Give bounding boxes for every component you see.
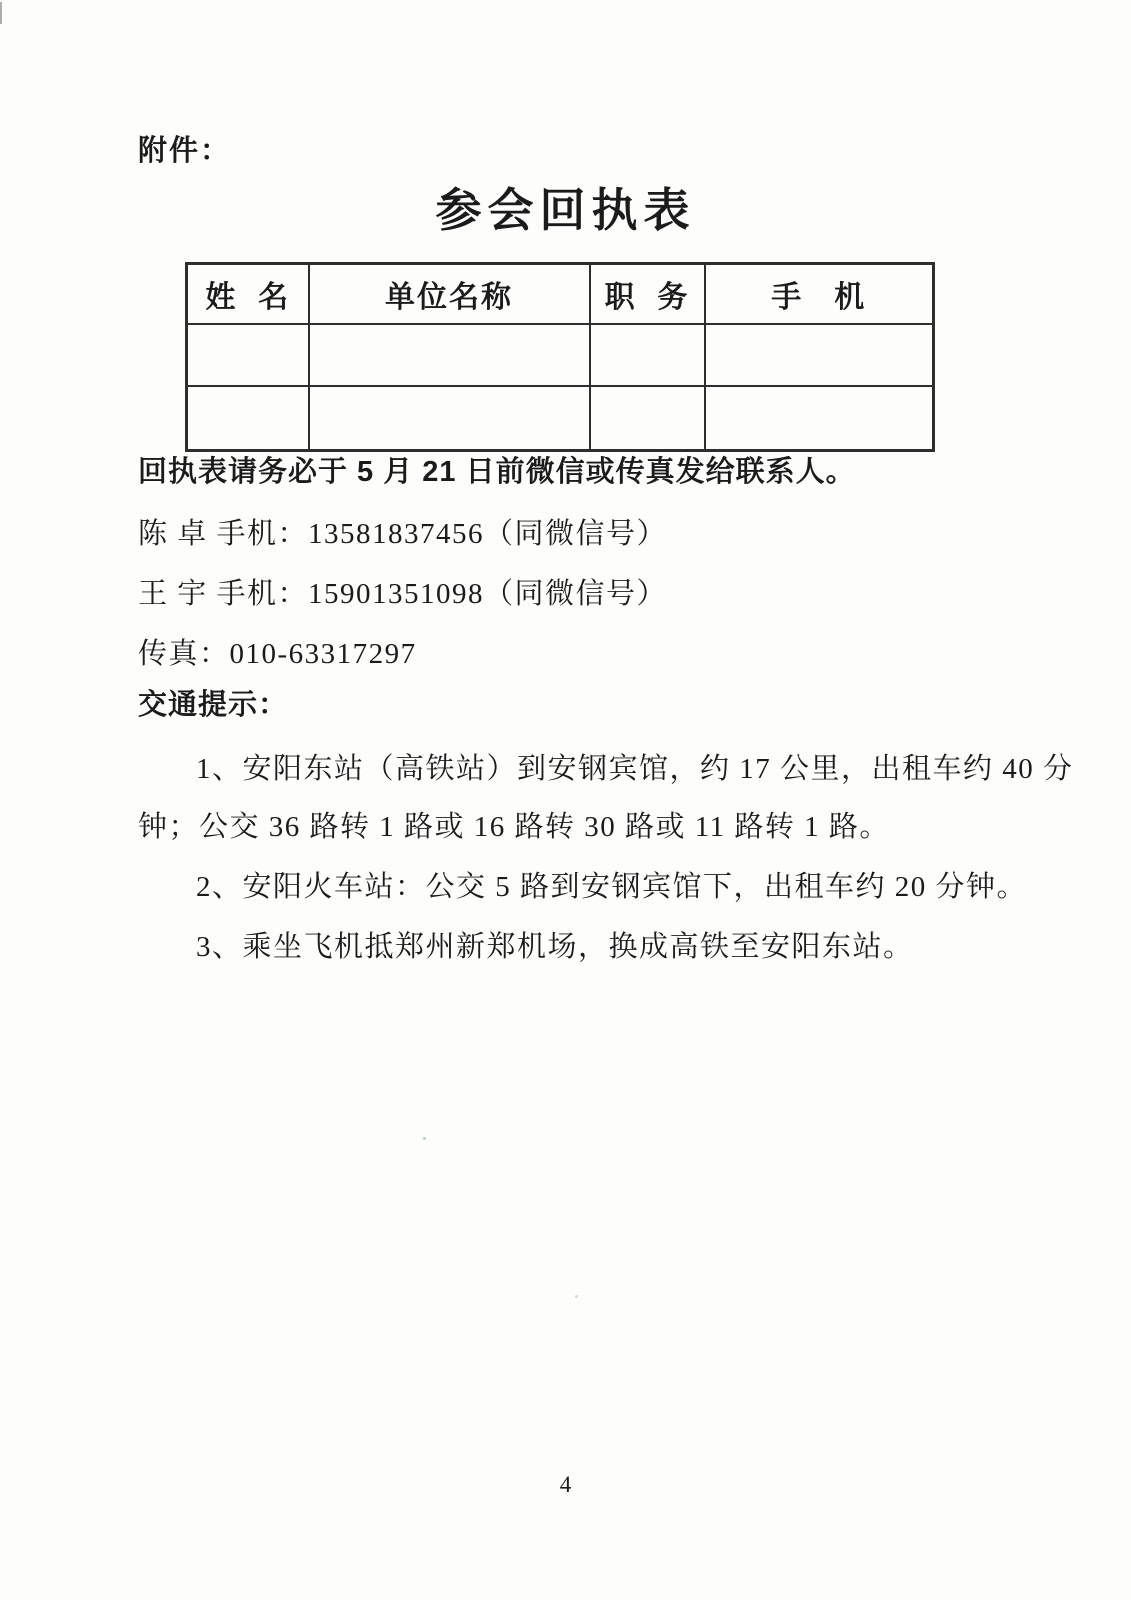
attachment-label: 附件： bbox=[138, 128, 231, 169]
table-header-mobile: 手 机 bbox=[705, 264, 934, 325]
cell-name bbox=[187, 324, 309, 386]
traffic-tips-heading: 交通提示： bbox=[138, 688, 998, 722]
traffic-tip-line: 钟；公交 36 路转 1 路或 16 路转 30 路或 11 路转 1 路。 bbox=[138, 810, 998, 844]
cell-organization bbox=[309, 386, 590, 451]
traffic-tip-line: 2、安阳火车站：公交 5 路到安钢宾馆下，出租车约 20 分钟。 bbox=[138, 870, 1056, 904]
cell-position bbox=[590, 386, 705, 451]
scan-edge-artifact bbox=[0, 2, 2, 24]
cell-mobile bbox=[705, 324, 934, 386]
scan-speckle bbox=[423, 1137, 426, 1140]
table-header-name: 姓 名 bbox=[187, 264, 309, 325]
cell-name bbox=[187, 386, 309, 451]
fax-line: 传真：010-63317297 bbox=[138, 637, 998, 671]
document-page: 附件： 参会回执表 姓 名 单位名称 职 务 手 机 bbox=[0, 0, 1131, 1600]
traffic-tip-line: 3、乘坐飞机抵郑州新郑机场，换成高铁至安阳东站。 bbox=[138, 930, 1056, 964]
cell-organization bbox=[309, 324, 590, 386]
table-header-organization: 单位名称 bbox=[309, 264, 590, 325]
page-number: 4 bbox=[0, 1472, 1131, 1498]
cell-mobile bbox=[705, 386, 934, 451]
reply-form-table: 姓 名 单位名称 职 务 手 机 bbox=[185, 262, 935, 452]
table-header-row: 姓 名 单位名称 职 务 手 机 bbox=[187, 264, 934, 325]
table-header-position: 职 务 bbox=[590, 264, 705, 325]
scan-speckle bbox=[575, 1295, 578, 1298]
deadline-note: 回执表请务必于 5 月 21 日前微信或传真发给联系人。 bbox=[138, 455, 998, 489]
contact-line-wang: 王 宇 手机：15901351098（同微信号） bbox=[138, 577, 998, 611]
cell-position bbox=[590, 324, 705, 386]
document-title: 参会回执表 bbox=[0, 174, 1131, 240]
contact-line-chen: 陈 卓 手机：13581837456（同微信号） bbox=[138, 517, 998, 551]
table-row bbox=[187, 324, 934, 386]
traffic-tip-line: 1、安阳东站（高铁站）到安钢宾馆，约 17 公里，出租车约 40 分 bbox=[138, 752, 1056, 786]
table-row bbox=[187, 386, 934, 451]
